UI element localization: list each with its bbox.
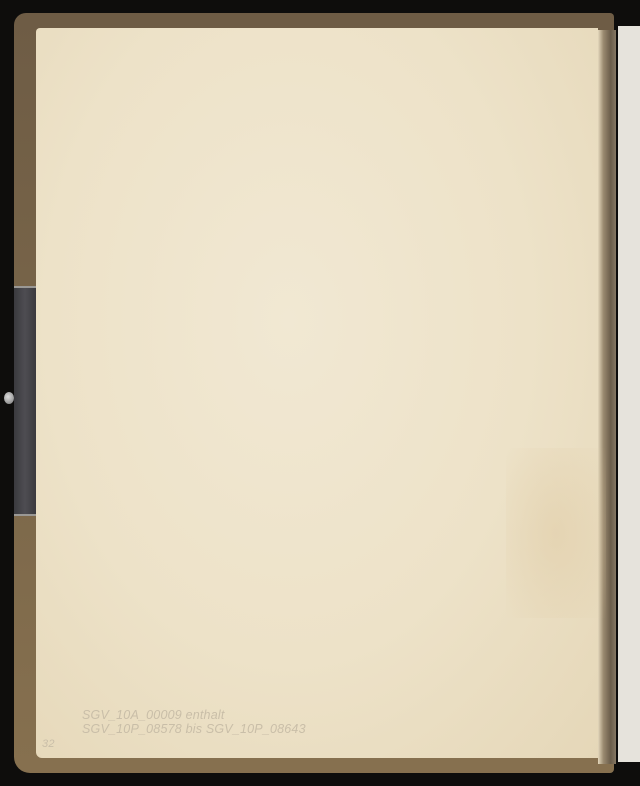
facing-page-edge xyxy=(618,26,640,762)
book-spine-gutter xyxy=(598,30,616,764)
blank-page xyxy=(36,28,598,758)
pencil-note-line-1: SGV_10A_00009 enthalt xyxy=(82,708,225,722)
pencil-note-line-2: SGV_10P_08578 bis SGV_10P_08643 xyxy=(82,722,306,736)
metal-clasp xyxy=(14,286,36,516)
clasp-stud xyxy=(4,392,14,404)
page-mark: 32 xyxy=(42,738,55,750)
paper-stain xyxy=(506,448,606,618)
